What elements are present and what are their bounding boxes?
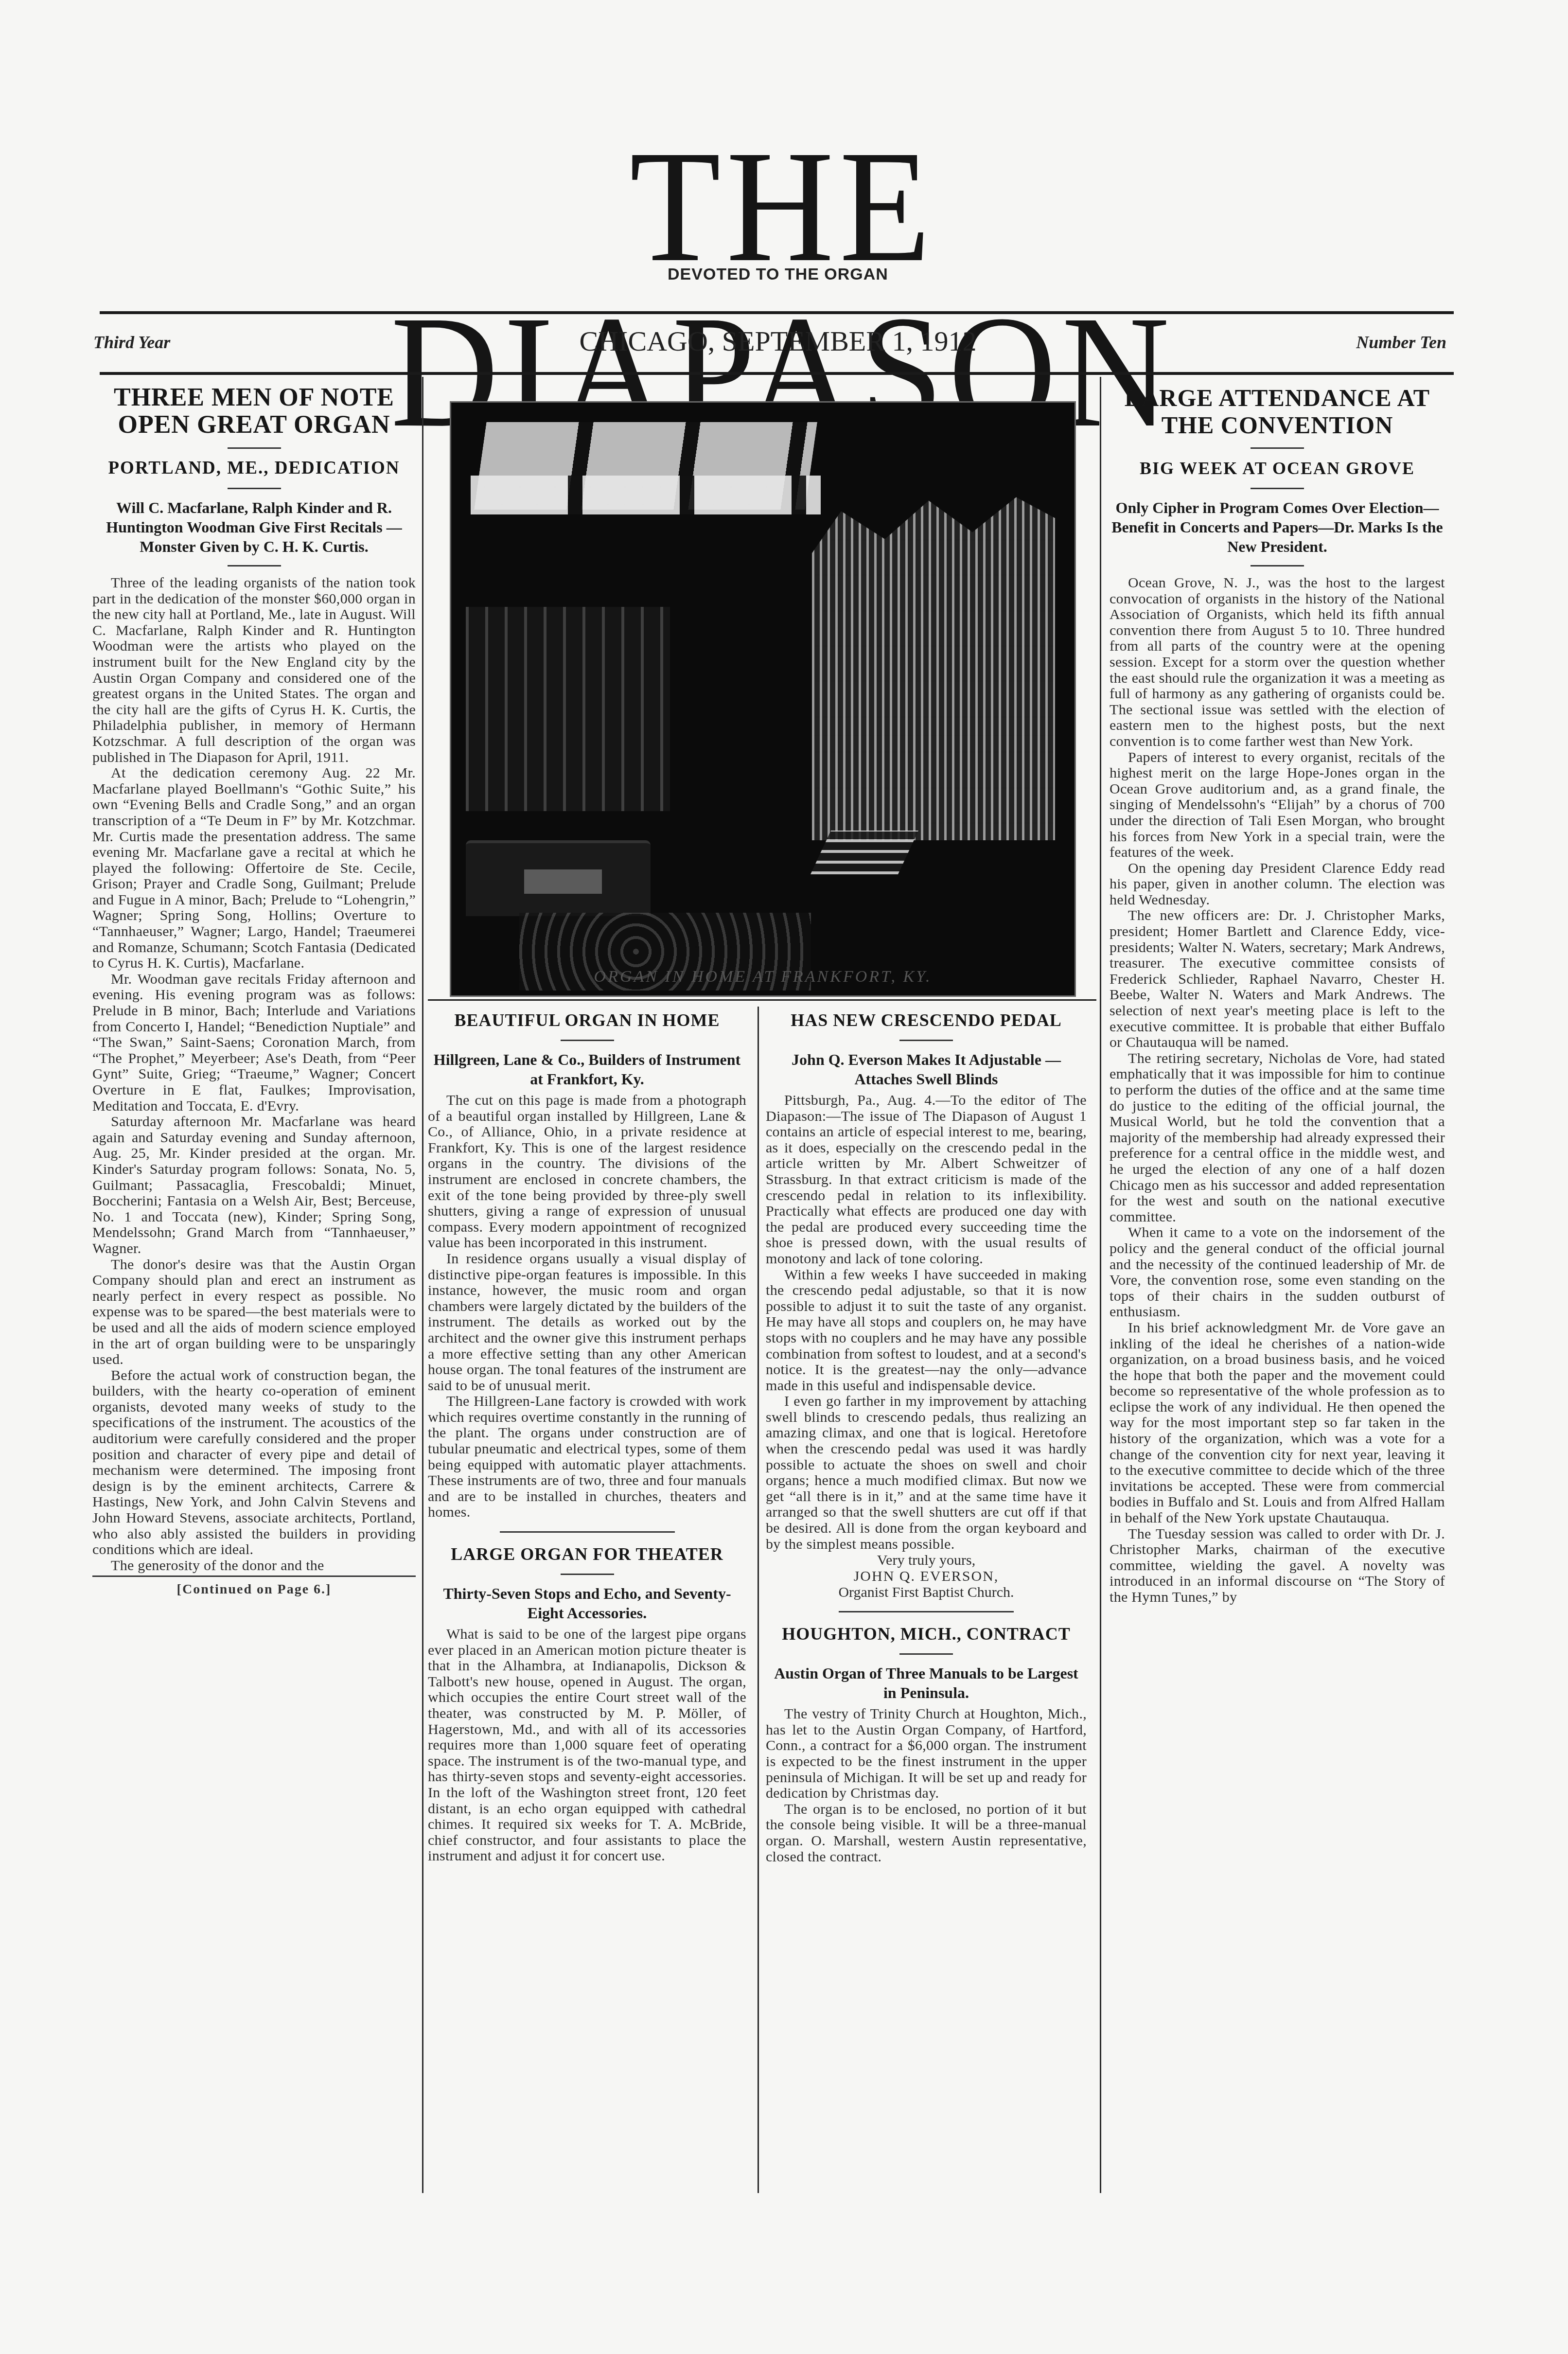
paragraph: The Hillgreen-Lane factory is crowded wi…: [428, 1394, 746, 1521]
headline: THREE MEN OF NOTE OPEN GREAT ORGAN: [92, 384, 416, 439]
article-body: Three of the leading organists of the na…: [92, 575, 416, 1574]
paragraph: On the opening day President Clarence Ed…: [1110, 861, 1445, 908]
headline: LARGE ORGAN FOR THEATER: [428, 1543, 746, 1565]
paragraph: Mr. Woodman gave recitals Friday afterno…: [92, 972, 416, 1114]
subhead: PORTLAND, ME., DEDICATION: [92, 458, 416, 479]
signoff-title: Organist First Baptist Church.: [766, 1584, 1087, 1600]
deck: Only Cipher in Program Comes Over Electi…: [1110, 498, 1445, 556]
signoff-closing: Very truly yours,: [766, 1552, 1087, 1568]
center-left-column: BEAUTIFUL ORGAN IN HOME Hillgreen, Lane …: [428, 1007, 746, 1864]
article-body: Pittsburgh, Pa., Aug. 4.—To the editor o…: [766, 1093, 1087, 1552]
section-divider: [839, 1611, 1014, 1612]
paragraph: What is said to be one of the largest pi…: [428, 1627, 746, 1864]
paragraph: In his brief acknowledgment Mr. de Vore …: [1110, 1320, 1445, 1526]
paragraph: The new officers are: Dr. J. Christopher…: [1110, 908, 1445, 1050]
divider: [1251, 447, 1304, 449]
newspaper-page: THE DIAPASON DEVOTED TO THE ORGAN Third …: [0, 0, 1568, 2354]
divider: [899, 1653, 953, 1655]
volume-label: Third Year: [93, 332, 170, 353]
paragraph: The donor's desire was that the Austin O…: [92, 1257, 416, 1368]
divider: [228, 488, 281, 489]
paragraph: The cut on this page is made from a phot…: [428, 1093, 746, 1251]
paragraph: When it came to a vote on the indorsemen…: [1110, 1225, 1445, 1320]
article-convention: LARGE ATTENDANCE AT THE CONVENTION BIG W…: [1110, 384, 1445, 1606]
paragraph: At the dedication ceremony Aug. 22 Mr. M…: [92, 765, 416, 972]
headline: HOUGHTON, MICH., CONTRACT: [766, 1623, 1087, 1645]
article-body: The cut on this page is made from a phot…: [428, 1093, 746, 1521]
paragraph: The Tuesday session was called to order …: [1110, 1526, 1445, 1606]
article-body: What is said to be one of the largest pi…: [428, 1627, 746, 1864]
issue-number: Number Ten: [1356, 332, 1446, 353]
deck: John Q. Everson Makes It Adjustable —Att…: [766, 1050, 1087, 1089]
column-divider-1: [422, 377, 423, 2193]
photo-caption: ORGAN IN HOME AT FRANKFORT, KY.: [450, 968, 1076, 986]
headline: LARGE ATTENDANCE AT THE CONVENTION: [1110, 384, 1445, 439]
masthead-tagline: DEVOTED TO THE ORGAN: [583, 265, 972, 284]
dateline: CHICAGO, SEPTEMBER 1, 1912: [535, 325, 1021, 357]
article-body: Ocean Grove, N. J., was the host to the …: [1110, 575, 1445, 1606]
letter-signoff: Very truly yours, JOHN Q. EVERSON, Organ…: [766, 1552, 1087, 1600]
deck: Will C. Macfarlane, Ralph Kinder and R. …: [92, 498, 416, 556]
photo-organ-pipes: [812, 490, 1055, 840]
continued-link[interactable]: [Continued on Page 6.]: [92, 1582, 416, 1597]
subhead: BIG WEEK AT OCEAN GROVE: [1110, 458, 1445, 479]
section-divider: [500, 1531, 675, 1533]
center-right-column: HAS NEW CRESCENDO PEDAL John Q. Everson …: [766, 1007, 1087, 1865]
divider: [92, 1575, 416, 1577]
article-houghton: HOUGHTON, MICH., CONTRACT Austin Organ o…: [766, 1623, 1087, 1865]
paragraph: The retiring secretary, Nicholas de Vore…: [1110, 1051, 1445, 1225]
paragraph: The organ is to be enclosed, no portion …: [766, 1802, 1087, 1865]
article-theater-organ: LARGE ORGAN FOR THEATER Thirty-Seven Sto…: [428, 1543, 746, 1864]
photo-skylight-row: [471, 476, 821, 514]
masthead-top-rule: [100, 311, 1454, 314]
paragraph: In residence organs usually a visual dis…: [428, 1251, 746, 1394]
paragraph: I even go farther in my improvement by a…: [766, 1394, 1087, 1552]
photo-carved-screen: [466, 607, 670, 811]
paragraph: Pittsburgh, Pa., Aug. 4.—To the editor o…: [766, 1093, 1087, 1267]
organ-photo: [450, 401, 1076, 997]
article-body: The vestry of Trinity Church at Houghton…: [766, 1706, 1087, 1865]
deck: Austin Organ of Three Manuals to be Larg…: [766, 1664, 1087, 1702]
column-divider-3: [1100, 377, 1101, 2193]
article-crescendo-pedal: HAS NEW CRESCENDO PEDAL John Q. Everson …: [766, 1009, 1087, 1600]
paragraph: Three of the leading organists of the na…: [92, 575, 416, 765]
divider: [561, 1040, 614, 1041]
deck: Hillgreen, Lane & Co., Builders of Instr…: [428, 1050, 746, 1089]
divider: [1251, 565, 1304, 566]
paragraph: Within a few weeks I have succeeded in m…: [766, 1267, 1087, 1394]
paragraph: Before the actual work of construction b…: [92, 1368, 416, 1558]
divider: [1251, 488, 1304, 489]
paragraph: Saturday afternoon Mr. Macfarlane was he…: [92, 1114, 416, 1257]
headline: BEAUTIFUL ORGAN IN HOME: [428, 1009, 746, 1031]
paragraph: The generosity of the donor and the: [92, 1558, 416, 1574]
divider: [899, 1040, 953, 1041]
paragraph: Ocean Grove, N. J., was the host to the …: [1110, 575, 1445, 750]
deck: Thirty-Seven Stops and Echo, and Seventy…: [428, 1584, 746, 1623]
photo-sofa-cushion: [524, 869, 602, 894]
divider: [561, 1574, 614, 1575]
masthead-bottom-rule: [100, 372, 1454, 375]
signoff-name: JOHN Q. EVERSON,: [766, 1568, 1087, 1584]
column-divider-2: [758, 1007, 759, 2193]
divider: [228, 565, 281, 566]
article-three-men: THREE MEN OF NOTE OPEN GREAT ORGAN PORTL…: [92, 384, 416, 1597]
paragraph: Papers of interest to every organist, re…: [1110, 750, 1445, 861]
paragraph: The vestry of Trinity Church at Houghton…: [766, 1706, 1087, 1802]
divider: [228, 447, 281, 449]
photo-bottom-rule: [428, 999, 1096, 1001]
headline: HAS NEW CRESCENDO PEDAL: [766, 1009, 1087, 1031]
article-beautiful-organ: BEAUTIFUL ORGAN IN HOME Hillgreen, Lane …: [428, 1009, 746, 1521]
